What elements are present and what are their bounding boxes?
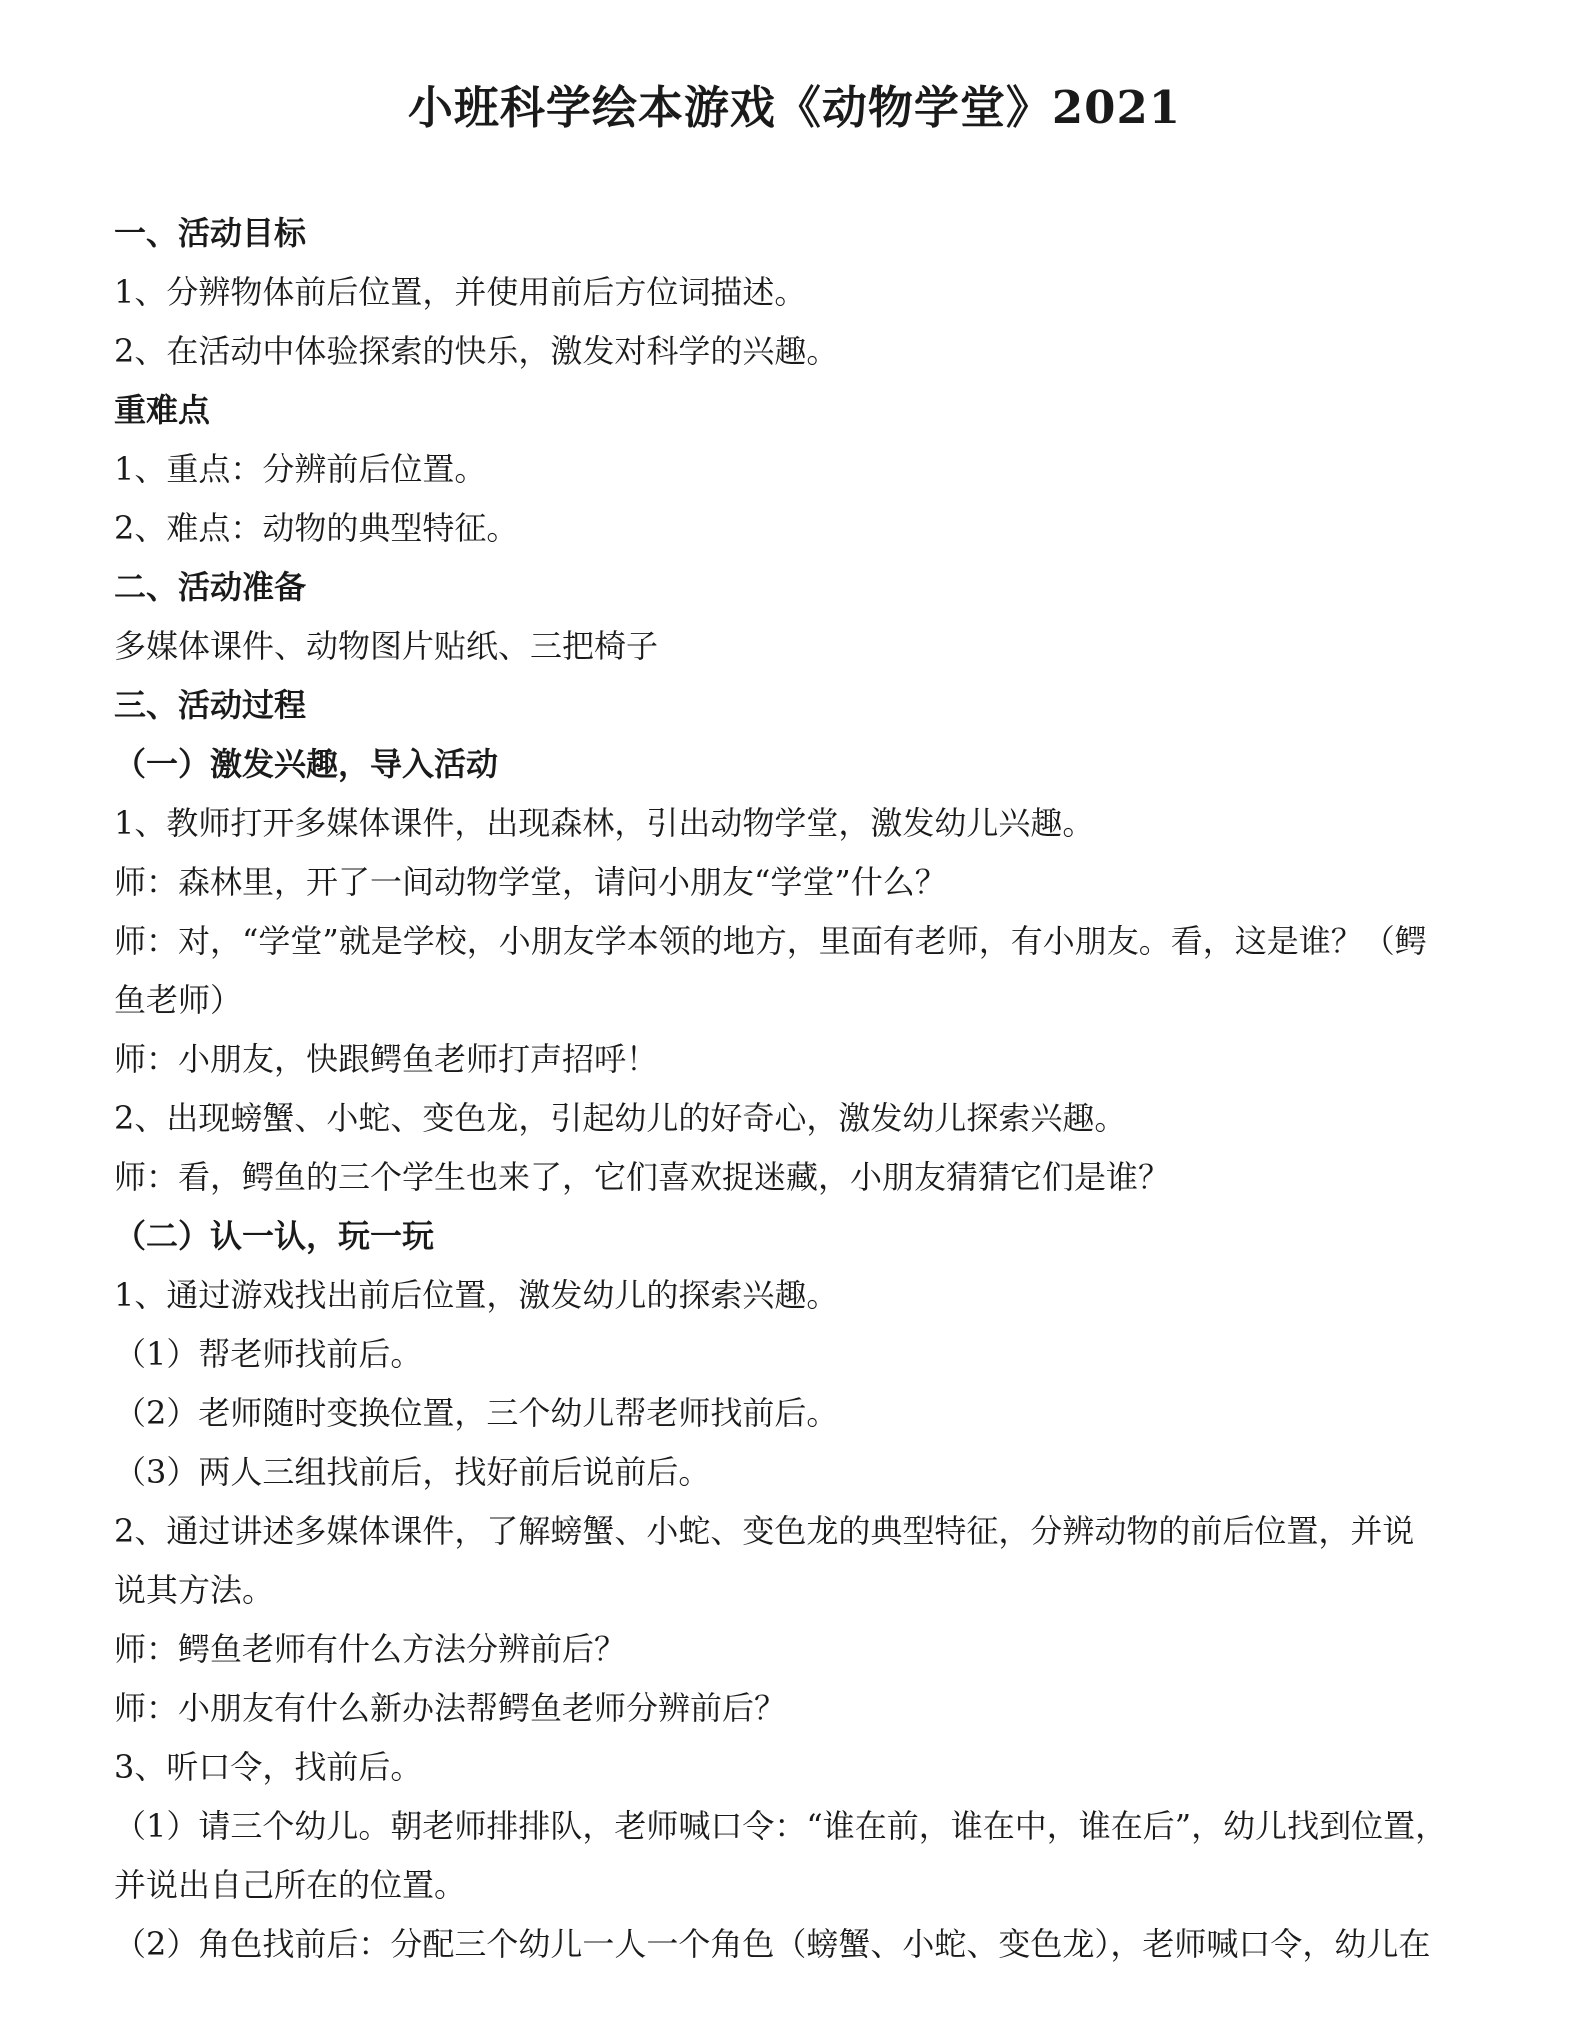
paragraph-line: 师：鳄鱼老师有什么方法分辨前后？ <box>114 1620 1475 1679</box>
section-heading: （一）激发兴趣，导入活动 <box>114 735 1475 794</box>
paragraph-line: 多媒体课件、动物图片贴纸、三把椅子 <box>114 617 1475 676</box>
paragraph-line: 2、在活动中体验探索的快乐，激发对科学的兴趣。 <box>114 322 1475 381</box>
paragraph-line: 1、重点：分辨前后位置。 <box>114 440 1475 499</box>
paragraph-line: 师：小朋友，快跟鳄鱼老师打声招呼！ <box>114 1030 1475 1089</box>
paragraph-line: 2、难点：动物的典型特征。 <box>114 499 1475 558</box>
section-heading: 一、活动目标 <box>114 204 1475 263</box>
paragraph-line: 说其方法。 <box>114 1561 1475 1620</box>
paragraph-line: （2）老师随时变换位置，三个幼儿帮老师找前后。 <box>114 1384 1475 1443</box>
document-body: 一、活动目标1、分辨物体前后位置，并使用前后方位词描述。2、在活动中体验探索的快… <box>114 204 1475 1974</box>
section-heading: 三、活动过程 <box>114 676 1475 735</box>
section-heading: 重难点 <box>114 381 1475 440</box>
paragraph-line: 1、通过游戏找出前后位置，激发幼儿的探索兴趣。 <box>114 1266 1475 1325</box>
paragraph-line: 2、通过讲述多媒体课件，了解螃蟹、小蛇、变色龙的典型特征，分辨动物的前后位置，并… <box>114 1502 1475 1561</box>
paragraph-line: （1）请三个幼儿。朝老师排排队，老师喊口令：“谁在前，谁在中，谁在后”，幼儿找到… <box>114 1797 1475 1856</box>
paragraph-line: 1、教师打开多媒体课件，出现森林，引出动物学堂，激发幼儿兴趣。 <box>114 794 1475 853</box>
paragraph-line: （1）帮老师找前后。 <box>114 1325 1475 1384</box>
paragraph-line: 并说出自己所在的位置。 <box>114 1856 1475 1915</box>
paragraph-line: 师：对，“学堂”就是学校，小朋友学本领的地方，里面有老师，有小朋友。看，这是谁？… <box>114 912 1475 971</box>
paragraph-line: （2）角色找前后：分配三个幼儿一人一个角色（螃蟹、小蛇、变色龙），老师喊口令，幼… <box>114 1915 1475 1974</box>
paragraph-line: 1、分辨物体前后位置，并使用前后方位词描述。 <box>114 263 1475 322</box>
paragraph-line: 师：小朋友有什么新办法帮鳄鱼老师分辨前后？ <box>114 1679 1475 1738</box>
section-heading: 二、活动准备 <box>114 558 1475 617</box>
section-heading: （二）认一认，玩一玩 <box>114 1207 1475 1266</box>
document-title: 小班科学绘本游戏《动物学堂》2021 <box>114 84 1475 132</box>
paragraph-line: 师：看，鳄鱼的三个学生也来了，它们喜欢捉迷藏，小朋友猜猜它们是谁？ <box>114 1148 1475 1207</box>
document-page: 小班科学绘本游戏《动物学堂》2021 一、活动目标1、分辨物体前后位置，并使用前… <box>0 0 1587 2036</box>
paragraph-line: 鱼老师） <box>114 971 1475 1030</box>
paragraph-line: 2、出现螃蟹、小蛇、变色龙，引起幼儿的好奇心，激发幼儿探索兴趣。 <box>114 1089 1475 1148</box>
paragraph-line: 师：森林里，开了一间动物学堂，请问小朋友“学堂”什么？ <box>114 853 1475 912</box>
paragraph-line: 3、听口令，找前后。 <box>114 1738 1475 1797</box>
paragraph-line: （3）两人三组找前后，找好前后说前后。 <box>114 1443 1475 1502</box>
